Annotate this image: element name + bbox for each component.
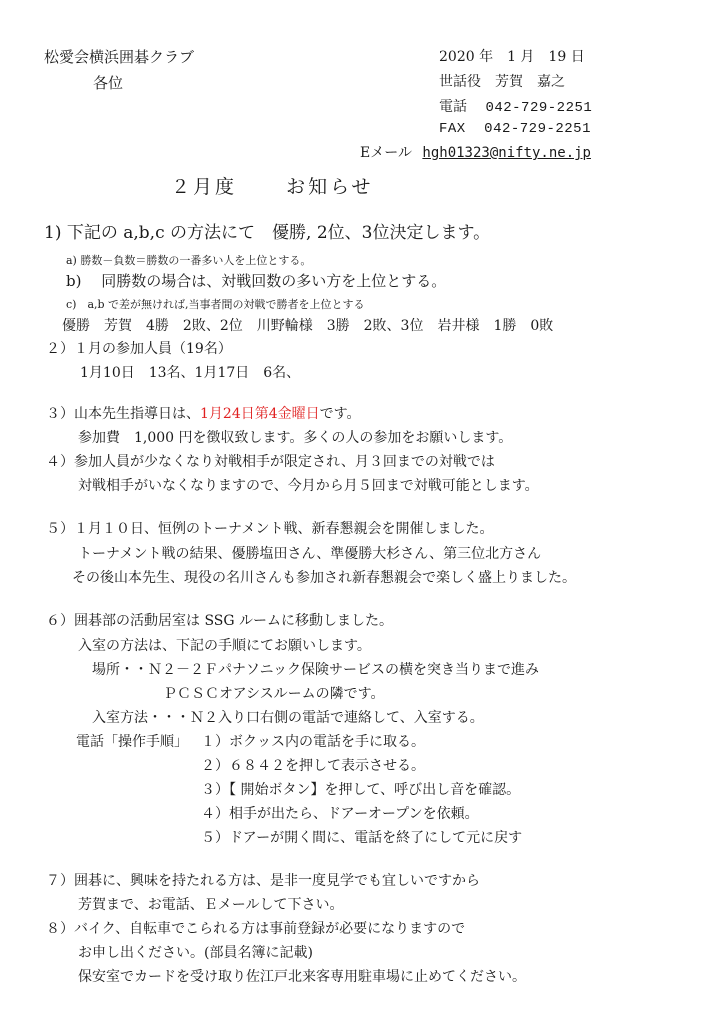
- phone-label: 電話: [439, 99, 467, 115]
- fax-label: FAX: [439, 121, 466, 137]
- procedure-step-1: １）ボクッス内の電話を手に取る。: [201, 731, 425, 751]
- fax-row: FAX 042-729-2251: [439, 120, 591, 137]
- section-8-line1: ８）バイク、自転車でこられる方は事前登録が必要になりますので: [46, 918, 465, 938]
- section-3-prefix: ３）山本先生指導日は、: [46, 406, 200, 422]
- club-name: 松愛会横浜囲碁クラブ: [44, 46, 194, 67]
- phone-row: 電話 042-729-2251: [439, 96, 592, 116]
- section-1-heading: 1) 下記の a,b,c の方法にて 優勝, 2位、3位決定します。: [44, 218, 490, 243]
- section-8-line3: 保安室でカードを受け取り佐江戸北来客専用駐車場に止めてください。: [78, 966, 526, 986]
- location: 場所・・Ｎ２－２Ｆパナソニック保険サービスの横を突き当りまで進み: [92, 659, 539, 679]
- section-8-line2: お申し出ください。(部員名簿に記載): [78, 942, 313, 962]
- section-5-line3: その後山本先生、現役の名川さんも参加され新春懇親会で楽しく盛上りました。: [72, 567, 576, 587]
- phone-procedure-label: 電話「操作手順」: [76, 731, 188, 751]
- section-7-line2: 芳賀まで、お電話、Ｅメールして下さい。: [78, 894, 343, 914]
- procedure-step-3: ３）【 開始ボタン】を押して、呼び出し音を確認。: [201, 779, 520, 799]
- rule-a: a) 勝数－負数＝勝数の一番多い人を上位とする。: [66, 252, 311, 268]
- title-month: ２月度: [171, 176, 237, 198]
- section-4-line2: 対戦相手がいなくなりますので、今月から月５回まで対戦可能とします。: [78, 475, 539, 495]
- email-row: Eメール hgh01323@nifty.ne.jp: [360, 142, 591, 162]
- section-5-line2: トーナメント戦の結果、優勝塩田さん、準優勝大杉さん、第三位北方さん: [78, 543, 541, 563]
- section-6-line1: ６）囲碁部の活動居室は SSG ルームに移動しました。: [46, 610, 393, 630]
- rule-c: c) a,b で差が無ければ,当事者間の対戦で勝者を上位とする: [66, 296, 365, 312]
- fax-number: 042-729-2251: [484, 121, 591, 137]
- title-notice: お知らせ: [286, 176, 373, 198]
- section-2-heading: ２）１月の参加人員（19名）: [46, 338, 232, 358]
- procedure-step-2: ２）６８４２を押して表示させる。: [201, 755, 425, 775]
- procedure-step-5: ５）ドアーが開く間に、電話を終了にして元に戻す: [201, 827, 522, 847]
- section-3-line2: 参加費 1,000 円を徴収致します。多くの人の参加をお願いします。: [78, 427, 512, 447]
- date: 2020 年 1 月 19 日: [439, 46, 585, 66]
- section-7-line1: ７）囲碁に、興味を持たれる方は、是非一度見学でも宜しいですから: [46, 870, 480, 890]
- section-5-line1: ５）１月１０日、恒例のトーナメント戦、新春懇親会を開催しました。: [46, 518, 493, 538]
- section-2-detail: 1月10日 13名、1月17日 6名、: [80, 362, 300, 382]
- section-6-line2: 入室の方法は、下記の手順にてお願いします。: [78, 635, 371, 655]
- section-3-suffix: です。: [320, 406, 361, 422]
- results: 優勝 芳賀 4勝 2敗、2位 川野輪様 3勝 2敗、3位 岩井様 1勝 0敗: [62, 315, 553, 335]
- guidance-date-highlight: 1月24日第4金曜日: [200, 406, 320, 422]
- section-4-line1: ４）参加人員が少なくなり対戦相手が限定され、月３回までの対戦では: [46, 451, 495, 471]
- location-2: ＰＣＳＣオアシスルームの隣です。: [163, 683, 384, 703]
- email-label: Eメール: [360, 145, 412, 161]
- entry-method: 入室方法・・・Ｎ２入り口右側の電話で連絡して、入室する。: [92, 707, 484, 727]
- organizer: 世話役 芳賀 嘉之: [439, 71, 565, 91]
- email-link[interactable]: hgh01323@nifty.ne.jp: [422, 145, 591, 161]
- recipients: 各位: [93, 72, 123, 93]
- section-3-line1: ３）山本先生指導日は、1月24日第4金曜日です。: [46, 403, 361, 423]
- page-title: ２月度 お知らせ: [171, 172, 374, 199]
- rule-b: b) 同勝数の場合は、対戦回数の多い方を上位とする。: [66, 270, 446, 291]
- procedure-step-4: ４）相手が出たら、ドアーオープンを依頼。: [201, 803, 479, 823]
- phone-number: 042-729-2251: [485, 100, 592, 116]
